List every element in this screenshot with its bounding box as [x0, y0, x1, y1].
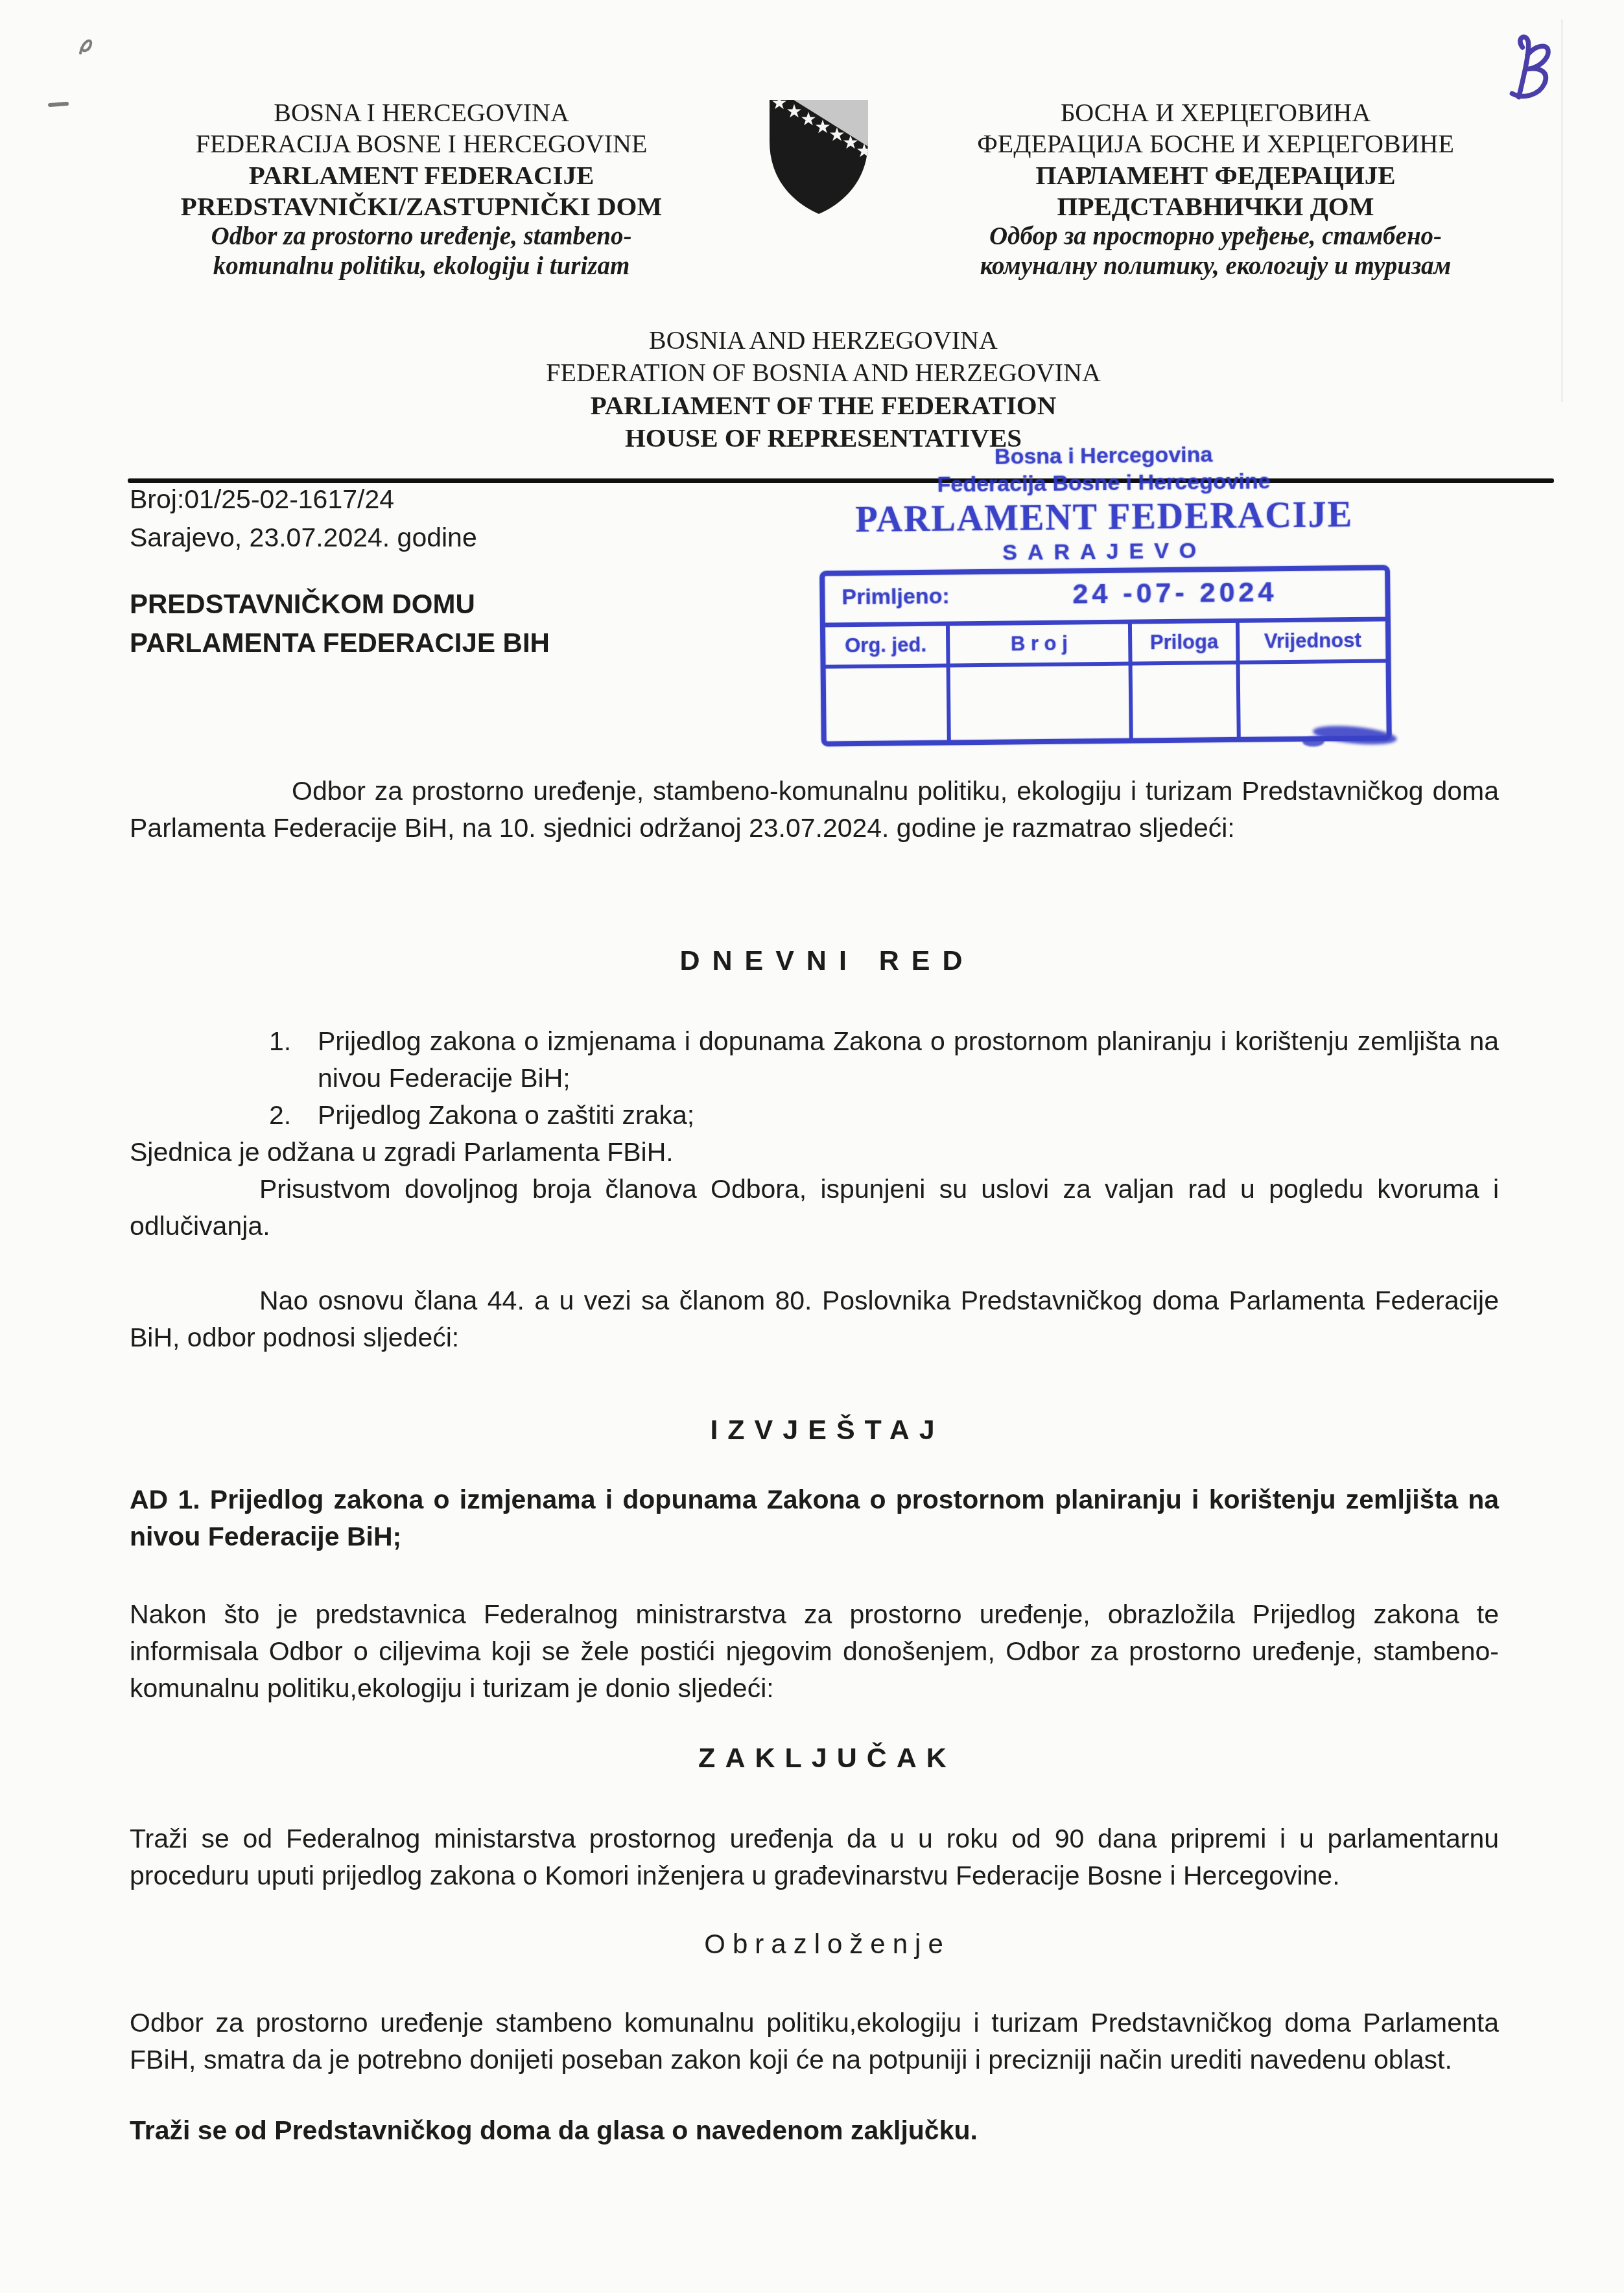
- stamp-empty-cell: [946, 666, 1129, 740]
- letterhead-line: ПРЕДСТАВНИЧКИ ДОМ: [895, 191, 1536, 222]
- letterhead-line: FEDERACIJA BOSNE I HERCEGOVINE: [110, 128, 733, 159]
- letterhead-line: PREDSTAVNIČKI/ZASTUPNIČKI DOM: [110, 191, 733, 222]
- ad1-heading-paragraph: AD 1. Prijedlog zakona o izmjenama i dop…: [130, 1481, 1499, 1555]
- place-and-date: Sarajevo, 23.07.2024. godine: [130, 523, 843, 553]
- letterhead-line: ПАРЛАМЕНТ ФЕДЕРАЦИЈЕ: [895, 159, 1536, 191]
- handwritten-page-mark: [1500, 28, 1566, 113]
- agenda-and-session-block: 1. Prijedlog zakona o izmjenama i dopuna…: [130, 1023, 1499, 1245]
- stamp-columns: Org. jed. B r o j Priloga Vrijednost: [825, 621, 1387, 741]
- report-title: IZVJEŠTAJ: [130, 1415, 1499, 1446]
- letterhead-line: BOSNA I HERCEGOVINA: [110, 97, 733, 128]
- stamp-col-broj: B r o j: [946, 624, 1129, 668]
- letterhead-cyrillic: БОСНА И ХЕРЦЕГОВИНА ФЕДЕРАЦИЈА БОСНЕ И Х…: [895, 97, 1536, 281]
- agenda-title: DNEVNI RED: [130, 945, 1499, 977]
- coat-of-arms-fbih-icon: [760, 95, 878, 222]
- agenda-item-2: 2. Prijedlog Zakona o zaštiti zraka;: [318, 1097, 1499, 1134]
- rationale-paragraph: Odbor za prostorno uređenje stambeno kom…: [130, 2005, 1499, 2078]
- paper-crease: [1561, 19, 1563, 402]
- letterhead-line: ФЕДЕРАЦИЈА БОСНЕ И ХЕРЦЕГОВИНЕ: [895, 128, 1536, 159]
- document-number: Broj:01/25-02-1617/24: [130, 484, 843, 515]
- letterhead-line: PARLAMENT FEDERACIJE: [110, 159, 733, 191]
- pen-dash-artifact: [48, 102, 69, 107]
- stamp-col-priloga: Priloga: [1128, 623, 1236, 666]
- addressee-line: PARLAMENTA FEDERACIJE BIH: [130, 628, 843, 659]
- conclusion-paragraph: Traži se od Federalnog ministarstva pros…: [130, 1820, 1499, 1894]
- committee-name-line: komunalnu politiku, ekologiju i turizam: [110, 252, 733, 281]
- letterhead-english: BOSNIA AND HERZEGOVINA FEDERATION OF BOS…: [415, 324, 1232, 454]
- letterhead-bosnian: BOSNA I HERCEGOVINA FEDERACIJA BOSNE I H…: [110, 97, 733, 281]
- agenda-item-number: 1.: [269, 1023, 291, 1060]
- letterhead-line: БОСНА И ХЕРЦЕГОВИНА: [895, 97, 1536, 128]
- stamp-empty-cell: [1129, 664, 1237, 738]
- legal-basis-paragraph: Nao osnovu člana 44. a u vezi sa članom …: [130, 1282, 1499, 1356]
- committee-name-line: Одбор за просторно уређење, стамбено-: [895, 222, 1536, 252]
- stamp-col-vrijednost: Vrijednost: [1236, 621, 1385, 664]
- discussion-paragraph: Nakon što je predstavnica Federalnog min…: [130, 1596, 1499, 1707]
- agenda-item-1: 1. Prijedlog zakona o izmjenama i dopuna…: [318, 1023, 1499, 1097]
- final-request-line: Traži se od Predstavničkog doma da glasa…: [130, 2112, 1499, 2149]
- quorum-paragraph: Prisustvom dovoljnog broja članova Odbor…: [130, 1171, 1499, 1245]
- agenda-item-text: Prijedlog Zakona o zaštiti zraka;: [318, 1100, 694, 1130]
- agenda-item-number: 2.: [269, 1097, 291, 1134]
- stamp-received-date: 24 -07- 2024: [1019, 576, 1330, 611]
- committee-name-line: комуналну политику, екологију и туризам: [895, 252, 1536, 281]
- pen-squiggle-artifact: [76, 34, 99, 60]
- intro-paragraph: Odbor za prostorno uređenje, stambeno-ko…: [130, 773, 1499, 847]
- session-note: Sjednica je odžana u zgradi Parlamenta F…: [130, 1134, 1499, 1171]
- rationale-title: Obrazloženje: [130, 1929, 1499, 1960]
- scanned-document-page: BOSNA I HERCEGOVINA FEDERACIJA BOSNE I H…: [0, 0, 1624, 2293]
- addressee-line: PREDSTAVNIČKOM DOMU: [130, 589, 843, 620]
- stamp-received-row: Primljeno: 24 -07- 2024: [825, 570, 1385, 627]
- letterhead-line: BOSNIA AND HERZEGOVINA: [415, 324, 1232, 357]
- stamp-empty-cell: [826, 668, 947, 742]
- stamp-title: PARLAMENT FEDERACIJE: [819, 493, 1390, 541]
- letterhead-line: PARLIAMENT OF THE FEDERATION: [415, 389, 1232, 421]
- committee-name-line: Odbor za prostorno uređenje, stambeno-: [110, 222, 733, 252]
- letterhead-line: FEDERATION OF BOSNIA AND HERZEGOVINA: [415, 357, 1232, 389]
- stamp-table: Primljeno: 24 -07- 2024 Org. jed. B r o …: [819, 565, 1392, 746]
- conclusion-title: ZAKLJUČAK: [130, 1743, 1499, 1774]
- stamp-col-org-jed: Org. jed.: [825, 626, 946, 669]
- stamp-received-label: Primljeno:: [841, 583, 950, 610]
- stamp-city: SARAJEVO: [819, 536, 1390, 567]
- stamp-empty-cell: [1236, 663, 1387, 736]
- agenda-item-text: Prijedlog zakona o izmjenama i dopunama …: [318, 1026, 1499, 1093]
- stamp-country-line: Bosna i Hercegovina: [818, 440, 1389, 471]
- stamp-ink-smudge: [1302, 736, 1324, 746]
